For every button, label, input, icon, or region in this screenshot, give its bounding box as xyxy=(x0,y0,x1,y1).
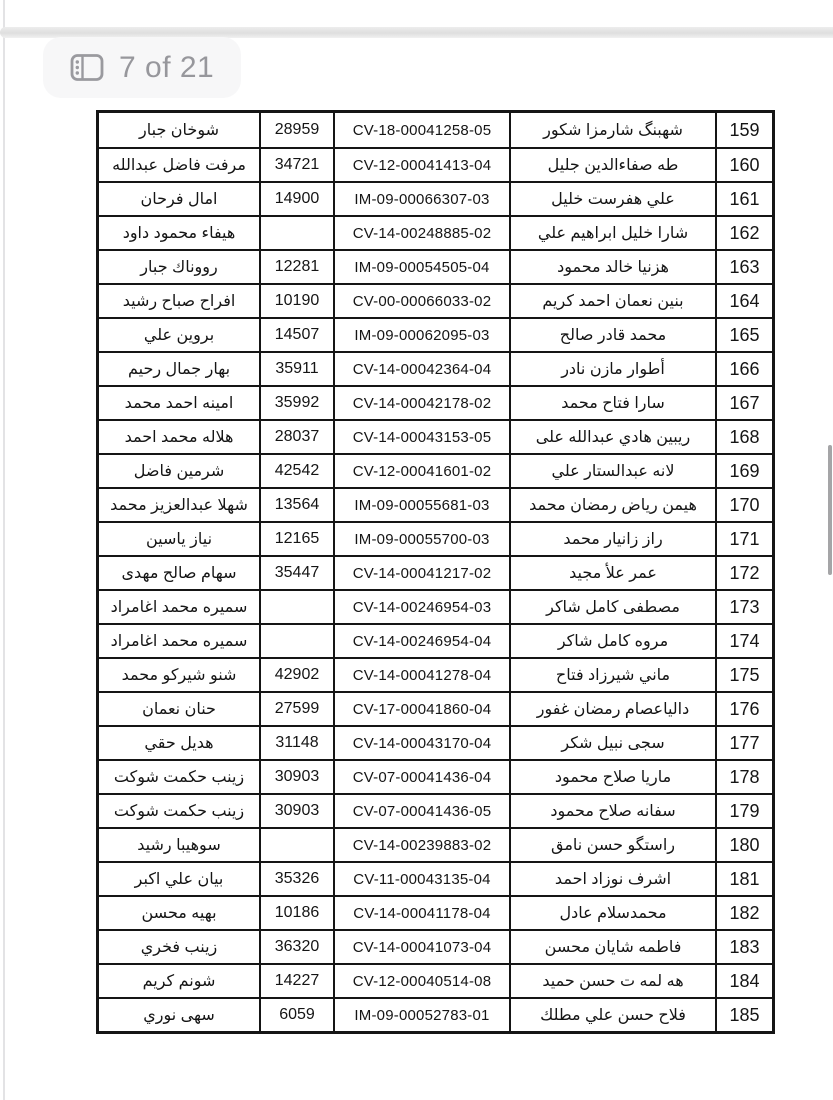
name-cell: ماني شيرزاد فتاح xyxy=(509,657,715,691)
id-number-cell: 14900 xyxy=(259,181,333,215)
serial-cell: 180 xyxy=(715,827,772,861)
serial-cell: 182 xyxy=(715,895,772,929)
code-cell: CV-11-00043135-04 xyxy=(333,861,509,895)
name-cell: محمدسلام عادل xyxy=(509,895,715,929)
left-name-cell: سوهيبا رشيد xyxy=(99,827,259,861)
serial-cell: 178 xyxy=(715,759,772,793)
code-cell: IM-09-00062095-03 xyxy=(333,317,509,351)
name-cell: راستگو حسن نامق xyxy=(509,827,715,861)
left-name-cell: شوخان جبار xyxy=(99,113,259,147)
name-cell: سجى نبيل شكر xyxy=(509,725,715,759)
table-row: زينب حكمت شوكت30903CV-07-00041436-04ماري… xyxy=(99,759,772,793)
left-name-cell: مرفت فاضل عبدالله xyxy=(99,147,259,181)
name-cell: هزنيا خالد محمود xyxy=(509,249,715,283)
id-number-cell xyxy=(259,827,333,861)
code-cell: CV-14-00246954-04 xyxy=(333,623,509,657)
left-name-cell: هيفاء محمود داود xyxy=(99,215,259,249)
table-row: بهيه محسن10186CV-14-00041178-04محمدسلام … xyxy=(99,895,772,929)
page-left-edge xyxy=(3,0,5,1100)
left-name-cell: زينب حكمت شوكت xyxy=(99,759,259,793)
scrollbar-thumb[interactable] xyxy=(828,445,832,575)
table-row: شوخان جبار28959CV-18-00041258-05شهبنگ شا… xyxy=(99,113,772,147)
serial-cell: 183 xyxy=(715,929,772,963)
table-row: مرفت فاضل عبدالله34721CV-12-00041413-04ط… xyxy=(99,147,772,181)
id-number-cell xyxy=(259,623,333,657)
left-name-cell: رووناك جبار xyxy=(99,249,259,283)
code-cell: CV-00-00066033-02 xyxy=(333,283,509,317)
code-cell: CV-14-00246954-03 xyxy=(333,589,509,623)
table-row: هديل حقي31148CV-14-00043170-04سجى نبيل ش… xyxy=(99,725,772,759)
code-cell: IM-09-00055681-03 xyxy=(333,487,509,521)
code-cell: IM-09-00054505-04 xyxy=(333,249,509,283)
document-viewer: 7 of 21 شوخان جبار28959CV-18-00041258-05… xyxy=(0,0,833,1100)
name-cell: ريبين هادي عبدالله على xyxy=(509,419,715,453)
id-number-cell: 13564 xyxy=(259,487,333,521)
name-cell: هيمن رياض رمضان محمد xyxy=(509,487,715,521)
code-cell: CV-14-00239883-02 xyxy=(333,827,509,861)
serial-cell: 163 xyxy=(715,249,772,283)
left-name-cell: نياز ياسين xyxy=(99,521,259,555)
serial-cell: 181 xyxy=(715,861,772,895)
id-number-cell: 35326 xyxy=(259,861,333,895)
name-cell: طه صفاءالدين جليل xyxy=(509,147,715,181)
name-cell: بنين نعمان احمد كريم xyxy=(509,283,715,317)
left-name-cell: شرمين فاضل xyxy=(99,453,259,487)
left-name-cell: بهار جمال رحيم xyxy=(99,351,259,385)
id-number-cell: 27599 xyxy=(259,691,333,725)
table-row: سميره محمد اغامرادCV-14-00246954-03مصطفى… xyxy=(99,589,772,623)
id-number-cell: 14507 xyxy=(259,317,333,351)
left-name-cell: سميره محمد اغامراد xyxy=(99,589,259,623)
left-name-cell: شهلا عبدالعزيز محمد xyxy=(99,487,259,521)
serial-cell: 167 xyxy=(715,385,772,419)
table-row: سهام صالح مهدى35447CV-14-00041217-02عمر … xyxy=(99,555,772,589)
serial-cell: 159 xyxy=(715,113,772,147)
left-name-cell: سهام صالح مهدى xyxy=(99,555,259,589)
id-number-cell: 36320 xyxy=(259,929,333,963)
serial-cell: 169 xyxy=(715,453,772,487)
code-cell: CV-12-00040514-08 xyxy=(333,963,509,997)
table-row: بيان علي اكبر35326CV-11-00043135-04اشرف … xyxy=(99,861,772,895)
name-cell: مصطفى كامل شاكر xyxy=(509,589,715,623)
left-name-cell: زينب حكمت شوكت xyxy=(99,793,259,827)
table-row: شنو شيركو محمد42902CV-14-00041278-04ماني… xyxy=(99,657,772,691)
id-number-cell: 6059 xyxy=(259,997,333,1031)
id-number-cell: 28959 xyxy=(259,113,333,147)
name-cell: شهبنگ شارمزا شكور xyxy=(509,113,715,147)
left-name-cell: حنان نعمان xyxy=(99,691,259,725)
table-row: امينه احمد محمد35992CV-14-00042178-02سار… xyxy=(99,385,772,419)
left-name-cell: شنو شيركو محمد xyxy=(99,657,259,691)
table-row: سوهيبا رشيدCV-14-00239883-02راستگو حسن ن… xyxy=(99,827,772,861)
name-cell: دالياعصام رمضان غفور xyxy=(509,691,715,725)
id-number-cell: 31148 xyxy=(259,725,333,759)
table-row: هلاله محمد احمد28037CV-14-00043153-05ريب… xyxy=(99,419,772,453)
code-cell: CV-14-00041073-04 xyxy=(333,929,509,963)
page-indicator-label: 7 of 21 xyxy=(119,51,214,85)
code-cell: IM-09-00052783-01 xyxy=(333,997,509,1031)
name-cell: سفانه صلاح محمود xyxy=(509,793,715,827)
id-number-cell: 42902 xyxy=(259,657,333,691)
serial-cell: 177 xyxy=(715,725,772,759)
name-cell: فلاح حسن علي مطلك xyxy=(509,997,715,1031)
left-name-cell: زينب فخري xyxy=(99,929,259,963)
left-name-cell: بروين علي xyxy=(99,317,259,351)
serial-cell: 161 xyxy=(715,181,772,215)
serial-cell: 173 xyxy=(715,589,772,623)
serial-cell: 165 xyxy=(715,317,772,351)
serial-cell: 185 xyxy=(715,997,772,1031)
name-cell: اشرف نوزاد احمد xyxy=(509,861,715,895)
name-cell: محمد قادر صالح xyxy=(509,317,715,351)
table-row: امال فرحان14900IM-09-00066307-03علي هفرس… xyxy=(99,181,772,215)
table-row: هيفاء محمود داودCV-14-00248885-02شارا خل… xyxy=(99,215,772,249)
id-number-cell: 12281 xyxy=(259,249,333,283)
left-name-cell: بهيه محسن xyxy=(99,895,259,929)
serial-cell: 175 xyxy=(715,657,772,691)
page-indicator-pill[interactable]: 7 of 21 xyxy=(43,37,241,98)
code-cell: CV-14-00041217-02 xyxy=(333,555,509,589)
serial-cell: 172 xyxy=(715,555,772,589)
table-row: سهى نوري6059IM-09-00052783-01فلاح حسن عل… xyxy=(99,997,772,1031)
name-cell: راز زانيار محمد xyxy=(509,521,715,555)
id-number-cell xyxy=(259,215,333,249)
serial-cell: 170 xyxy=(715,487,772,521)
table-row: شرمين فاضل42542CV-12-00041601-02لانه عبد… xyxy=(99,453,772,487)
id-number-cell: 30903 xyxy=(259,793,333,827)
table-row: نياز ياسين12165IM-09-00055700-03راز زاني… xyxy=(99,521,772,555)
left-name-cell: امال فرحان xyxy=(99,181,259,215)
table-row: زينب حكمت شوكت30903CV-07-00041436-05سفان… xyxy=(99,793,772,827)
name-cell: شارا خليل ابراهيم علي xyxy=(509,215,715,249)
table-row: سميره محمد اغامرادCV-14-00246954-04مروه … xyxy=(99,623,772,657)
registry-table: شوخان جبار28959CV-18-00041258-05شهبنگ شا… xyxy=(96,110,775,1034)
left-name-cell: بيان علي اكبر xyxy=(99,861,259,895)
code-cell: CV-17-00041860-04 xyxy=(333,691,509,725)
table-row: شونم كريم14227CV-12-00040514-08هه لمه ت … xyxy=(99,963,772,997)
id-number-cell xyxy=(259,589,333,623)
serial-cell: 168 xyxy=(715,419,772,453)
id-number-cell: 28037 xyxy=(259,419,333,453)
name-cell: أطوار مازن نادر xyxy=(509,351,715,385)
left-name-cell: سهى نوري xyxy=(99,997,259,1031)
table-row: بهار جمال رحيم35911CV-14-00042364-04أطوا… xyxy=(99,351,772,385)
code-cell: CV-07-00041436-05 xyxy=(333,793,509,827)
name-cell: مروه كامل شاكر xyxy=(509,623,715,657)
code-cell: CV-14-00041278-04 xyxy=(333,657,509,691)
serial-cell: 176 xyxy=(715,691,772,725)
table-row: زينب فخري36320CV-14-00041073-04فاطمه شاي… xyxy=(99,929,772,963)
table-row: حنان نعمان27599CV-17-00041860-04دالياعصا… xyxy=(99,691,772,725)
code-cell: IM-09-00066307-03 xyxy=(333,181,509,215)
id-number-cell: 12165 xyxy=(259,521,333,555)
left-name-cell: افراح صباح رشيد xyxy=(99,283,259,317)
pages-sidebar-icon xyxy=(70,53,104,82)
code-cell: CV-07-00041436-04 xyxy=(333,759,509,793)
left-name-cell: هديل حقي xyxy=(99,725,259,759)
serial-cell: 179 xyxy=(715,793,772,827)
code-cell: IM-09-00055700-03 xyxy=(333,521,509,555)
table-row: بروين علي14507IM-09-00062095-03محمد قادر… xyxy=(99,317,772,351)
left-name-cell: سميره محمد اغامراد xyxy=(99,623,259,657)
code-cell: CV-14-00041178-04 xyxy=(333,895,509,929)
id-number-cell: 42542 xyxy=(259,453,333,487)
id-number-cell: 14227 xyxy=(259,963,333,997)
serial-cell: 184 xyxy=(715,963,772,997)
code-cell: CV-12-00041413-04 xyxy=(333,147,509,181)
serial-cell: 162 xyxy=(715,215,772,249)
id-number-cell: 10186 xyxy=(259,895,333,929)
name-cell: سارا فتاح محمد xyxy=(509,385,715,419)
id-number-cell: 30903 xyxy=(259,759,333,793)
code-cell: CV-14-00043170-04 xyxy=(333,725,509,759)
id-number-cell: 35447 xyxy=(259,555,333,589)
left-name-cell: هلاله محمد احمد xyxy=(99,419,259,453)
code-cell: CV-12-00041601-02 xyxy=(333,453,509,487)
code-cell: CV-18-00041258-05 xyxy=(333,113,509,147)
id-number-cell: 34721 xyxy=(259,147,333,181)
left-name-cell: امينه احمد محمد xyxy=(99,385,259,419)
left-name-cell: شونم كريم xyxy=(99,963,259,997)
id-number-cell: 35992 xyxy=(259,385,333,419)
table-row: رووناك جبار12281IM-09-00054505-04هزنيا خ… xyxy=(99,249,772,283)
table-row: شهلا عبدالعزيز محمد13564IM-09-00055681-0… xyxy=(99,487,772,521)
serial-cell: 174 xyxy=(715,623,772,657)
name-cell: علي هفرست خليل xyxy=(509,181,715,215)
name-cell: هه لمه ت حسن حميد xyxy=(509,963,715,997)
code-cell: CV-14-00042364-04 xyxy=(333,351,509,385)
serial-cell: 171 xyxy=(715,521,772,555)
id-number-cell: 10190 xyxy=(259,283,333,317)
name-cell: ماريا صلاح محمود xyxy=(509,759,715,793)
name-cell: عمر علأ مجيد xyxy=(509,555,715,589)
name-cell: لانه عبدالستار علي xyxy=(509,453,715,487)
id-number-cell: 35911 xyxy=(259,351,333,385)
name-cell: فاطمه شايان محسن xyxy=(509,929,715,963)
serial-cell: 166 xyxy=(715,351,772,385)
code-cell: CV-14-00043153-05 xyxy=(333,419,509,453)
serial-cell: 160 xyxy=(715,147,772,181)
serial-cell: 164 xyxy=(715,283,772,317)
table-body: شوخان جبار28959CV-18-00041258-05شهبنگ شا… xyxy=(99,113,772,1031)
code-cell: CV-14-00248885-02 xyxy=(333,215,509,249)
code-cell: CV-14-00042178-02 xyxy=(333,385,509,419)
table-row: افراح صباح رشيد10190CV-00-00066033-02بني… xyxy=(99,283,772,317)
